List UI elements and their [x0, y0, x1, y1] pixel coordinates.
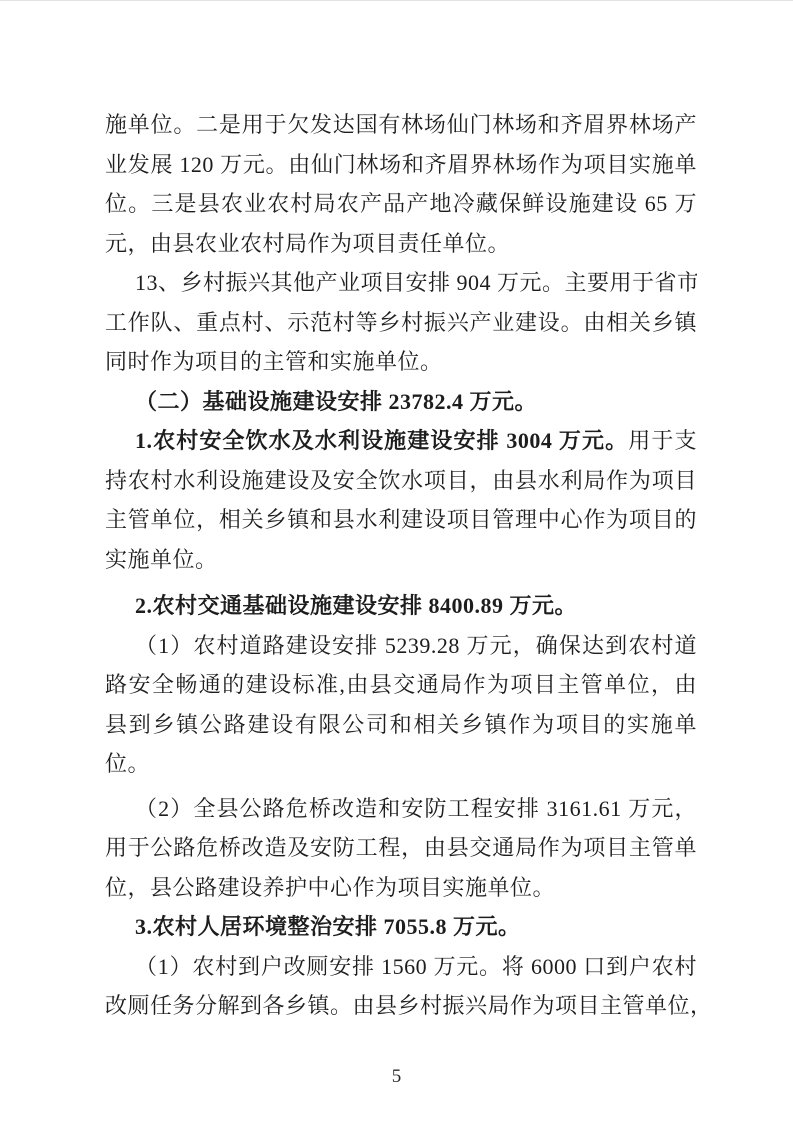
text-line: 实施单位。 — [105, 540, 697, 580]
text-line: 3.农村人居环境整治安排 7055.8 万元。 — [105, 907, 697, 947]
bold-text-segment: 2.农村交通基础设施建设安排 8400.89 万元。 — [135, 593, 577, 618]
text-segment: 路安全畅通的建设标准,由县交通局作为项目主管单位，由 — [105, 672, 697, 697]
bold-text-segment: 1.农村安全饮水及水利设施建设安排 3004 万元。 — [135, 428, 628, 453]
paragraph-6: （1）农村道路建设安排 5239.28 万元，确保达到农村道路安全畅通的建设标准… — [105, 626, 697, 784]
paragraph-7: （2）全县公路危桥改造和安防工程安排 3161.61 万元，用于公路危桥改造及安… — [105, 789, 697, 908]
text-line: 业发展 120 万元。由仙门林场和齐眉界林场作为项目实施单 — [105, 145, 697, 185]
paragraph-9: （1）农村到户改厕安排 1560 万元。将 6000 口到户农村改厕任务分解到各… — [105, 947, 697, 1026]
text-segment: 业发展 120 万元。由仙门林场和齐眉界林场作为项目实施单 — [105, 152, 697, 177]
page-number: 5 — [0, 1065, 793, 1089]
paragraph-2: 13、乡村振兴其他产业项目安排 904 万元。主要用于省市工作队、重点村、示范村… — [105, 263, 697, 382]
paragraph-1: 施单位。二是用于欠发达国有林场仙门林场和齐眉界林场产业发展 120 万元。由仙门… — [105, 105, 697, 263]
text-line: （1）农村道路建设安排 5239.28 万元，确保达到农村道 — [105, 626, 697, 666]
text-segment: 改厕任务分解到各乡镇。由县乡村振兴局作为项目主管单位， — [105, 993, 697, 1018]
bold-text-segment: （二）基础设施建设安排 23782.4 万元。 — [135, 389, 537, 414]
text-segment: 实施单位。 — [105, 547, 218, 572]
text-line: 元，由县农业农村局作为项目责任单位。 — [105, 224, 697, 264]
text-segment: 施单位。二是用于欠发达国有林场仙门林场和齐眉界林场产 — [105, 112, 697, 137]
text-segment: 13、乡村振兴其他产业项目安排 904 万元。主要用于省市 — [135, 270, 697, 295]
text-segment: 用于支 — [628, 428, 697, 453]
section-heading-8: 3.农村人居环境整治安排 7055.8 万元。 — [105, 907, 697, 947]
text-segment: （1）农村道路建设安排 5239.28 万元，确保达到农村道 — [135, 633, 697, 658]
text-line: 主管单位，相关乡镇和县水利建设项目管理中心作为项目的 — [105, 500, 697, 540]
section-heading-5: 2.农村交通基础设施建设安排 8400.89 万元。 — [105, 586, 697, 626]
text-line: 施单位。二是用于欠发达国有林场仙门林场和齐眉界林场产 — [105, 105, 697, 145]
text-segment: 位。三是县农业农村局农产品产地冷藏保鲜设施建设 65 万 — [105, 191, 697, 216]
text-line: 工作队、重点村、示范村等乡村振兴产业建设。由相关乡镇 — [105, 303, 697, 343]
text-line: 改厕任务分解到各乡镇。由县乡村振兴局作为项目主管单位， — [105, 986, 697, 1026]
text-segment: 持农村水利设施建设及安全饮水项目，由县水利局作为项目 — [105, 468, 697, 493]
text-segment: 工作队、重点村、示范村等乡村振兴产业建设。由相关乡镇 — [105, 310, 697, 335]
text-segment: （2）全县公路危桥改造和安防工程安排 3161.61 万元， — [135, 796, 697, 821]
text-line: 2.农村交通基础设施建设安排 8400.89 万元。 — [105, 586, 697, 626]
text-segment: 位，县公路建设养护中心作为项目实施单位。 — [105, 875, 555, 900]
document-page: 施单位。二是用于欠发达国有林场仙门林场和齐眉界林场产业发展 120 万元。由仙门… — [0, 0, 793, 1123]
text-line: 同时作为项目的主管和实施单位。 — [105, 342, 697, 382]
text-line: 1.农村安全饮水及水利设施建设安排 3004 万元。用于支 — [105, 421, 697, 461]
text-line: 位，县公路建设养护中心作为项目实施单位。 — [105, 868, 697, 908]
paragraph-4: 1.农村安全饮水及水利设施建设安排 3004 万元。用于支持农村水利设施建设及安… — [105, 421, 697, 579]
text-segment: （1）农村到户改厕安排 1560 万元。将 6000 口到户农村 — [135, 954, 697, 979]
text-line: 位。三是县农业农村局农产品产地冷藏保鲜设施建设 65 万 — [105, 184, 697, 224]
text-segment: 用于公路危桥改造及安防工程，由县交通局作为项目主管单 — [105, 835, 697, 860]
text-line: 13、乡村振兴其他产业项目安排 904 万元。主要用于省市 — [105, 263, 697, 303]
text-line: 用于公路危桥改造及安防工程，由县交通局作为项目主管单 — [105, 828, 697, 868]
text-line: 路安全畅通的建设标准,由县交通局作为项目主管单位，由 — [105, 665, 697, 705]
text-segment: 同时作为项目的主管和实施单位。 — [105, 349, 443, 374]
text-line: 持农村水利设施建设及安全饮水项目，由县水利局作为项目 — [105, 461, 697, 501]
text-line: （1）农村到户改厕安排 1560 万元。将 6000 口到户农村 — [105, 947, 697, 987]
text-segment: 县到乡镇公路建设有限公司和相关乡镇作为项目的实施单 — [105, 712, 697, 737]
text-line: 位。 — [105, 744, 697, 784]
text-line: （2）全县公路危桥改造和安防工程安排 3161.61 万元， — [105, 789, 697, 829]
text-segment: 主管单位，相关乡镇和县水利建设项目管理中心作为项目的 — [105, 507, 697, 532]
text-line: （二）基础设施建设安排 23782.4 万元。 — [105, 382, 697, 422]
text-segment: 元，由县农业农村局作为项目责任单位。 — [105, 231, 510, 256]
bold-text-segment: 3.农村人居环境整治安排 7055.8 万元。 — [135, 914, 521, 939]
document-body: 施单位。二是用于欠发达国有林场仙门林场和齐眉界林场产业发展 120 万元。由仙门… — [105, 105, 697, 1026]
text-segment: 位。 — [105, 751, 150, 776]
text-line: 县到乡镇公路建设有限公司和相关乡镇作为项目的实施单 — [105, 705, 697, 745]
section-heading-3: （二）基础设施建设安排 23782.4 万元。 — [105, 382, 697, 422]
